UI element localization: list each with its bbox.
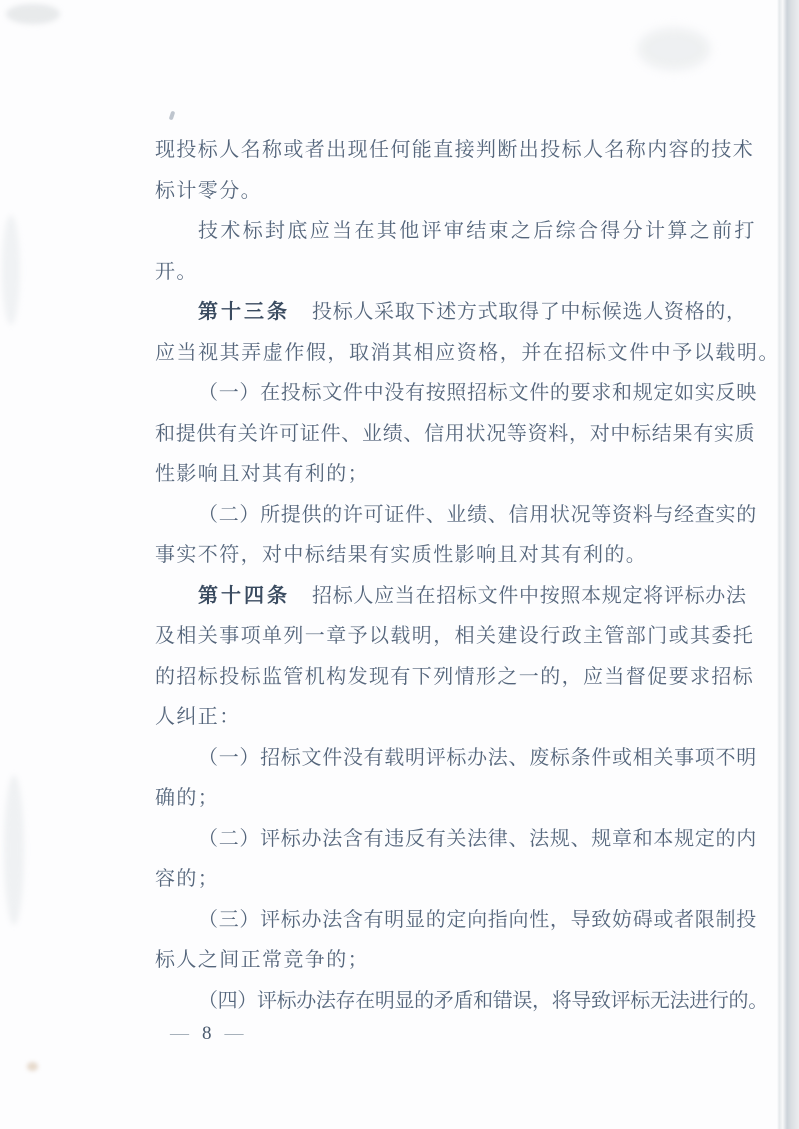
text-line: 现投标人名称或者出现任何能直接判断出投标人名称内容的技术 (155, 130, 755, 171)
text-line: 技术标封底应当在其他评审结束之后综合得分计算之前打 (155, 211, 755, 252)
article-number: 第十四条 (198, 585, 290, 607)
text-line: 标计零分。 (155, 171, 755, 212)
text-line-article-14: 第十四条招标人应当在招标文件中按照本规定将评标办法 (155, 576, 755, 617)
text-line: 性影响且对其有利的； (155, 454, 755, 495)
text-line: 的招标投标监管机构发现有下列情形之一的，应当督促要求招标 (155, 657, 755, 698)
scan-smudge-left-lower (4, 775, 24, 925)
scanned-page: 现投标人名称或者出现任何能直接判断出投标人名称内容的技术 标计零分。 技术标封底… (0, 0, 799, 1129)
scan-edge-band (777, 0, 799, 1129)
page-number: —8— (170, 1021, 244, 1047)
text-line: 开。 (155, 252, 755, 293)
scan-speck-above-text (169, 111, 176, 121)
text-line: （一）招标文件没有载明评标办法、废标条件或相关事项不明 (155, 738, 755, 779)
text-line: 标人之间正常竞争的； (155, 940, 755, 981)
text-line: （四）评标办法存在明显的矛盾和错误，将导致评标无法进行的。 (155, 981, 755, 1022)
text-line: 事实不符，对中标结果有实质性影响且对其有利的。 (155, 535, 755, 576)
text-line: （三）评标办法含有明显的定向指向性，导致妨碍或者限制投 (155, 900, 755, 941)
text-line: 容的； (155, 859, 755, 900)
article-number: 第十三条 (198, 301, 290, 323)
text-line: 确的； (155, 778, 755, 819)
scan-smudge-top-left (6, 4, 60, 24)
scan-smudge-top-right (638, 28, 710, 70)
scan-speck-bottom-left (27, 1062, 38, 1071)
text-line: 和提供有关许可证件、业绩、信用状况等资料，对中标结果有实质 (155, 414, 755, 455)
text-line: 应当视其弄虚作假，取消其相应资格，并在招标文件中予以载明。 (155, 333, 755, 374)
text-line-article-13: 第十三条投标人采取下述方式取得了中标候选人资格的， (155, 292, 755, 333)
text-line: （一）在投标文件中没有按照招标文件的要求和规定如实反映 (155, 373, 755, 414)
page-number-right-dash: — (225, 1023, 244, 1044)
page-number-digit: 8 (202, 1023, 212, 1044)
page-number-left-dash: — (170, 1023, 189, 1044)
text-line: （二）评标办法含有违反有关法律、法规、规章和本规定的内 (155, 819, 755, 860)
scan-smudge-left-middle (2, 215, 20, 325)
text-line: （二）所提供的许可证件、业绩、信用状况等资料与经查实的 (155, 495, 755, 536)
text-line: 及相关事项单列一章予以载明，相关建设行政主管部门或其委托 (155, 616, 755, 657)
text-line: 人纠正： (155, 697, 755, 738)
document-body: 现投标人名称或者出现任何能直接判断出投标人名称内容的技术 标计零分。 技术标封底… (155, 130, 755, 1021)
